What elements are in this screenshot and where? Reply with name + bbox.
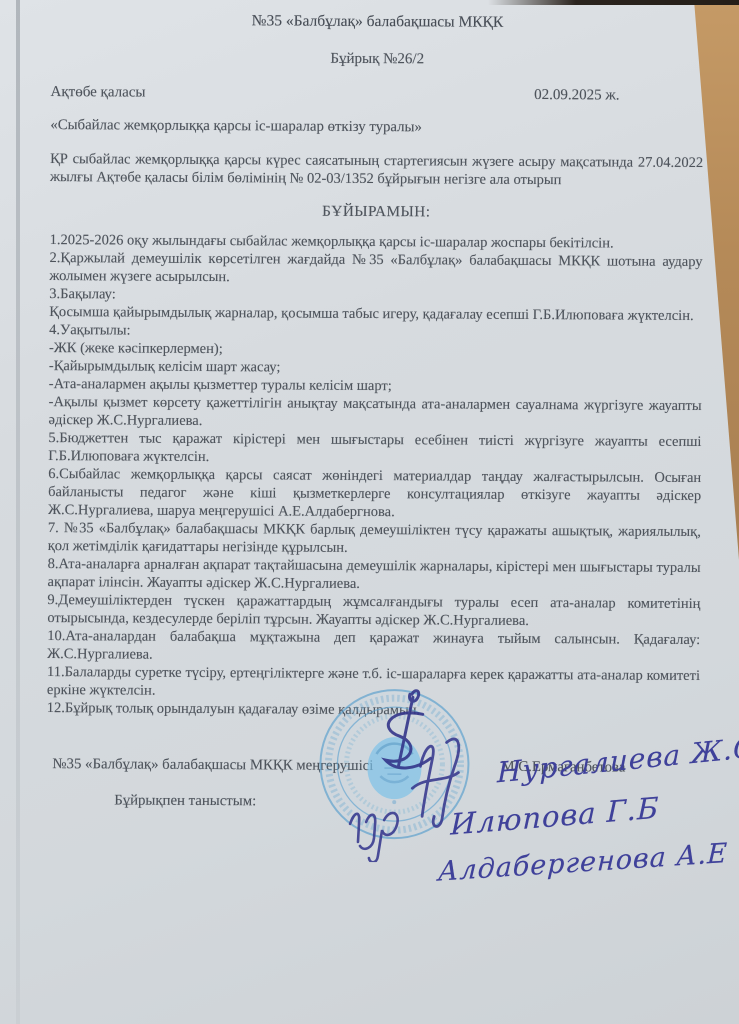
city-label: Ақтөбе қаласы xyxy=(51,83,146,102)
order-number-line: Бұйрық №26/2 xyxy=(51,48,704,70)
date-label: 02.09.2025 ж. xyxy=(534,86,619,105)
order-item: 9.Демеушіліктерден түскен қаражаттардың … xyxy=(47,591,700,631)
paper-sheet: №35 «Балбұлақ» балабақшасы МКҚК Бұйрық №… xyxy=(0,0,739,1024)
org-line: №35 «Балбұлақ» балабақшасы МКҚК xyxy=(51,11,704,33)
order-items: 1.2025-2026 оқу жылындағы сыбайлас жемқо… xyxy=(47,231,703,721)
preamble-text: ҚР сыбайлас жемқорлыққа қарсы күрес саяс… xyxy=(50,150,703,190)
order-item: 7. №35 «Балбұлақ» балабақшасы МКҚК барлы… xyxy=(48,519,701,559)
order-item: 5.Бюджеттен тыс қаражат кірістері мен шы… xyxy=(48,429,701,469)
city-date-row: Ақтөбе қаласы 02.09.2025 ж. xyxy=(51,83,704,105)
handwritten-signature: Алдабергенова А.Е xyxy=(438,838,729,888)
order-item: 8.Ата-аналарға арналған ақпарат тақтайша… xyxy=(48,555,701,595)
order-item: -Ақылы қызмет көрсету қажеттілігін анықт… xyxy=(49,393,702,433)
order-item: 10.Ата-аналардан балабақша мұқтажына деп… xyxy=(47,627,700,667)
subject-line: «Сыбайлас жемқорлыққа қарсы іс-шаралар ө… xyxy=(50,116,703,138)
signature-flourish-3 xyxy=(340,798,422,862)
order-item: 2.Қаржылай демеушілік көрсетілген жағдай… xyxy=(49,249,702,289)
order-item: 6.Сыбайлас жемқорлыққа қарсы саясат жөні… xyxy=(48,465,701,523)
document-photo: №35 «Балбұлақ» балабақшасы МКҚК Бұйрық №… xyxy=(0,0,739,1024)
resolution-heading: БҰЙЫРАМЫН: xyxy=(50,201,703,223)
